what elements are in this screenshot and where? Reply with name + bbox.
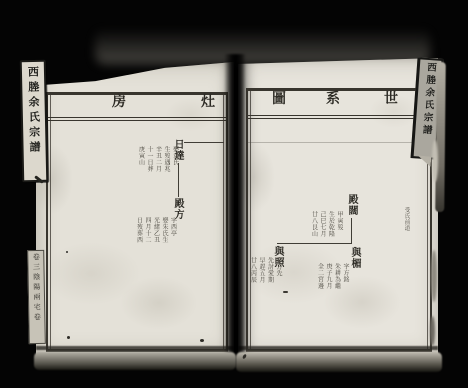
- fore-edge-highlight: [430, 316, 435, 346]
- note-column: 娶朱氏生: [161, 217, 169, 243]
- ancestor-name-yumei: 與楣: [348, 247, 360, 269]
- scanned-genealogy-photo: 房 灶 日達 娶袁氏 生歿遇兆 辛丑二月 十一日葬 庚寅山 殿方 字西亭 娶朱氏…: [0, 0, 468, 388]
- ancestor-name-diankuo: 殿闊: [345, 194, 357, 216]
- note-column: 字西亭: [169, 217, 177, 237]
- fore-edge-highlight: [432, 140, 438, 182]
- note-column: 先討愛期: [266, 257, 274, 283]
- note-column: 十一日葬: [146, 146, 154, 172]
- tree-line-horizontal: [277, 243, 352, 244]
- note-column: 光緒乙丑: [152, 217, 160, 243]
- note-column: 甲寅歿: [336, 211, 344, 231]
- biography-note-diankuo: 甲寅歿 生於乾隆 己巳七月 廿八艮山: [310, 211, 343, 237]
- note-column: 日歿葬西: [135, 217, 143, 243]
- note-column: 字方銘: [342, 263, 350, 283]
- tree-line-vertical: [351, 218, 352, 243]
- ink-dash-mark: [283, 291, 288, 293]
- note-column: 生於乾隆: [327, 211, 335, 237]
- note-column: 己巳七月: [319, 211, 327, 237]
- paper-crease-line: [248, 142, 428, 143]
- spine-title-text: 西塍余氏宗譜: [27, 62, 40, 156]
- note-column: 生歿遇兆: [163, 146, 171, 172]
- note-column: 辛丑二月: [154, 146, 162, 172]
- bottom-ink-smudge: [36, 346, 234, 350]
- left-header-char-zao: 灶: [201, 95, 215, 109]
- biography-note-yumei: 字方銘 朱耕為繼 庚子九月 全二宮邊: [316, 263, 349, 289]
- biography-note-dianfang: 字西亭 娶朱氏生 光緒乙丑 四月十二 日歿葬西: [135, 217, 177, 243]
- left-header-divider: [48, 117, 226, 121]
- note-column: 四月十二: [144, 217, 152, 243]
- note-column: 字方先: [275, 257, 283, 277]
- note-column: 全二宮邊: [316, 263, 324, 289]
- right-header-char-shi: 世: [384, 92, 398, 106]
- spine-title-label: 西塍余氏宗譜: [20, 60, 49, 183]
- margin-note: 受氏前道: [402, 207, 410, 231]
- right-header-divider: [248, 115, 430, 119]
- volume-edge-text: 卷三陰陽兩宅卷: [32, 251, 41, 343]
- biography-note-rida: 娶袁氏 生歿遇兆 辛丑二月 十一日葬 庚寅山: [137, 146, 179, 172]
- bottom-ink-smudge: [238, 346, 438, 350]
- book-gutter-shadow: [224, 54, 246, 358]
- fore-edge-highlight: [431, 250, 437, 302]
- ink-speck: [67, 336, 70, 339]
- left-page: 房 灶 日達 娶袁氏 生歿遇兆 辛丑二月 十一日葬 庚寅山 殿方 字西亭 娶朱氏…: [36, 62, 234, 356]
- note-column: 朱耕為繼: [333, 263, 341, 289]
- note-column: 庚子九月: [325, 263, 333, 289]
- note-column: 娶袁氏: [171, 146, 179, 166]
- page-stack-bottom-edge-right: [236, 352, 442, 372]
- right-header-char-xi: 系: [326, 92, 340, 106]
- right-header-char-tu: 圖: [272, 92, 286, 106]
- page-top-edge-haze: [95, 28, 430, 64]
- volume-edge-label: 卷三陰陽兩宅卷: [27, 250, 46, 344]
- note-column: 庚寅山: [137, 146, 145, 166]
- ink-speck: [200, 339, 204, 342]
- ink-speck: [66, 251, 68, 253]
- fore-edge-right: [435, 62, 446, 212]
- tree-line-horizontal: [184, 142, 224, 143]
- note-column: 廿八艮山: [310, 211, 318, 237]
- page-stack-bottom-edge-left: [34, 352, 236, 370]
- left-header-char-fang: 房: [112, 95, 126, 109]
- right-page: 圖 系 世 殿闊 甲寅歿 生於乾隆 己巳七月 廿八艮山 與楣 字方銘 朱耕為繼 …: [238, 58, 438, 356]
- note-column: 廿八丙辰: [249, 257, 257, 283]
- note-column: 早趕五月: [258, 257, 266, 283]
- biography-note-yuzhao: 字方先 先討愛期 早趕五月 廿八丙辰: [249, 257, 282, 283]
